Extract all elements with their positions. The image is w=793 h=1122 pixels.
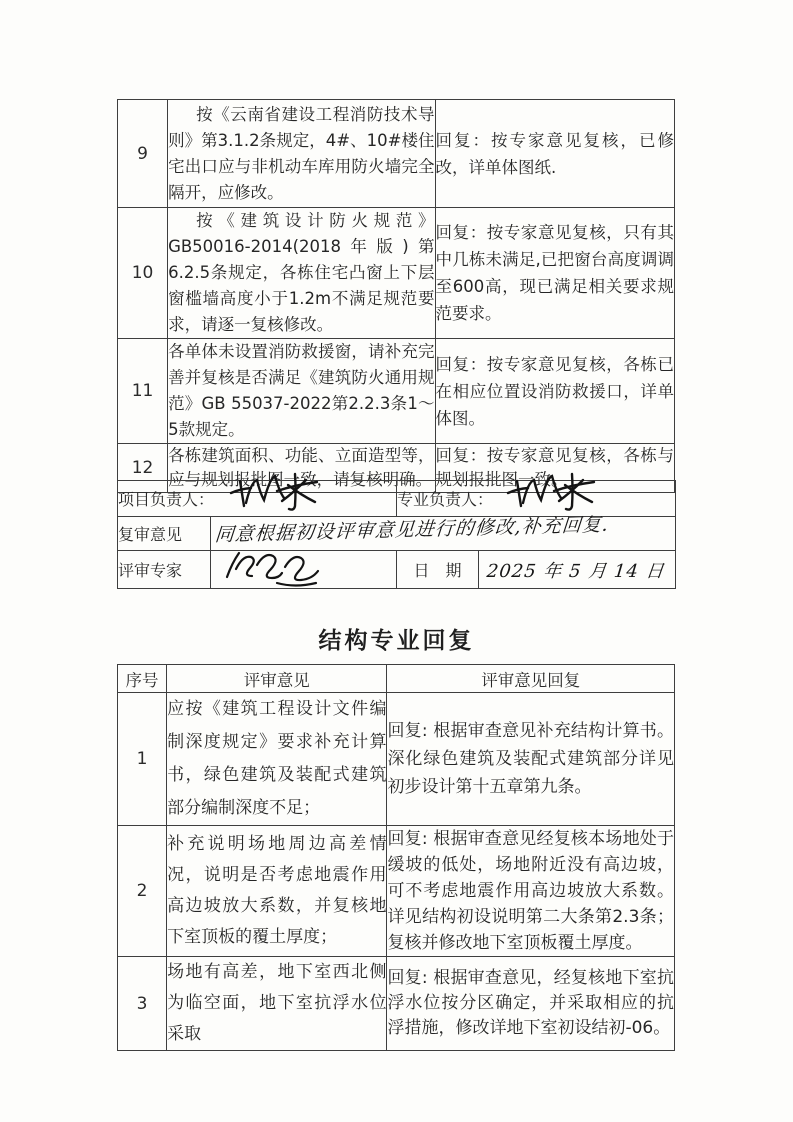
table-row: 3 场地有高差，地下室西北侧为临空面，地下室抗浮水位采取 回复: 根据审查意见，… [118, 957, 675, 1051]
review-comment: 按《云南省建设工程消防技术导则》第3.1.2条规定，4#、10#楼住宅出口应与非… [168, 100, 435, 208]
review-reply: 回复: 根据审查意见经复核本场地处于缓坡的低处，场地附近没有高边坡，可不考虑地震… [387, 826, 675, 957]
review-comment: 应按《建筑工程设计文件编制深度规定》要求补充计算书，绿色建筑及装配式建筑部分编制… [167, 693, 387, 826]
project-lead-cell: 项目负责人： [118, 481, 397, 517]
scanned-review-document-page: 9 按《云南省建设工程消防技术导则》第3.1.2条规定，4#、10#楼住宅出口应… [0, 0, 793, 1122]
row-number: 2 [118, 826, 167, 957]
row-number: 1 [118, 693, 167, 826]
header-row: 序号 评审意见 评审意见回复 [118, 665, 675, 693]
date-handwriting: 2025 年 5 月 14 日 [486, 557, 667, 583]
review-reply: 回复：按专家意见复核，已修改，详单体图纸. [435, 100, 674, 208]
signature-footer-table: 项目负责人： [117, 480, 676, 589]
table-row: 1 应按《建筑工程设计文件编制深度规定》要求补充计算书，绿色建筑及装配式建筑部分… [118, 693, 675, 826]
discipline-lead-label: 专业负责人： [397, 490, 493, 509]
date-label: 日 期 [397, 551, 479, 589]
section-title: 结构专业回复 [0, 622, 793, 655]
row-number: 3 [118, 957, 167, 1051]
col-header-reply: 评审意见回复 [387, 665, 675, 693]
expert-row: 评审专家 日 期 2025 年 5 月 14 日 [118, 551, 676, 589]
expert-signature-cell [211, 551, 397, 589]
structure-reply-table: 序号 评审意见 评审意见回复 1 应按《建筑工程设计文件编制深度规定》要求补充计… [117, 664, 675, 1051]
review-comments-table: 9 按《云南省建设工程消防技术导则》第3.1.2条规定，4#、10#楼住宅出口应… [117, 99, 675, 493]
table-row: 2 补充说明场地周边高差情况，说明是否考虑地震作用高边坡放大系数，并复核地下室顶… [118, 826, 675, 957]
review-comment: 各单体未设置消防救援窗，请补充完善并复核是否满足《建筑防火通用规范》GB 550… [168, 339, 435, 444]
review-reply: 回复：按专家意见复核，各栋已在相应位置设消防救援口，详单体图。 [435, 339, 674, 444]
date-cell: 2025 年 5 月 14 日 [479, 551, 676, 589]
review-comment: 补充说明场地周边高差情况，说明是否考虑地震作用高边坡放大系数，并复核地下室顶板的… [167, 826, 387, 957]
review-reply: 回复：按专家意见复核，只有其中几栋未满足,已把窗台高度调调至600高，现已满足相… [435, 208, 674, 339]
project-lead-label: 项目负责人： [118, 490, 214, 509]
review-opinion-label: 复审意见 [118, 517, 211, 551]
review-comment: 按《建筑设计防火规范》GB50016-2014(2018年版)第6.2.5条规定… [168, 208, 435, 339]
row-number: 9 [118, 100, 168, 208]
row-number: 11 [118, 339, 168, 444]
review-reply: 回复: 根据审查意见，经复核地下室抗浮水位按分区确定，并采取相应的抗浮措施，修改… [387, 957, 675, 1051]
review-reply: 回复: 根据审查意见补充结构计算书。深化绿色建筑及装配式建筑部分详见初步设计第十… [387, 693, 675, 826]
table-row: 11 各单体未设置消防救援窗，请补充完善并复核是否满足《建筑防火通用规范》GB … [118, 339, 675, 444]
review-comment: 场地有高差，地下室西北侧为临空面，地下室抗浮水位采取 [167, 957, 387, 1051]
col-header-no: 序号 [118, 665, 167, 693]
review-opinion-row: 复审意见 同意根据初设评审意见进行的修改,补充回复. [118, 517, 676, 551]
table-row: 9 按《云南省建设工程消防技术导则》第3.1.2条规定，4#、10#楼住宅出口应… [118, 100, 675, 208]
table-row: 10 按《建筑设计防火规范》GB50016-2014(2018年版)第6.2.5… [118, 208, 675, 339]
expert-label: 评审专家 [118, 551, 211, 589]
row-number: 10 [118, 208, 168, 339]
col-header-comment: 评审意见 [167, 665, 387, 693]
